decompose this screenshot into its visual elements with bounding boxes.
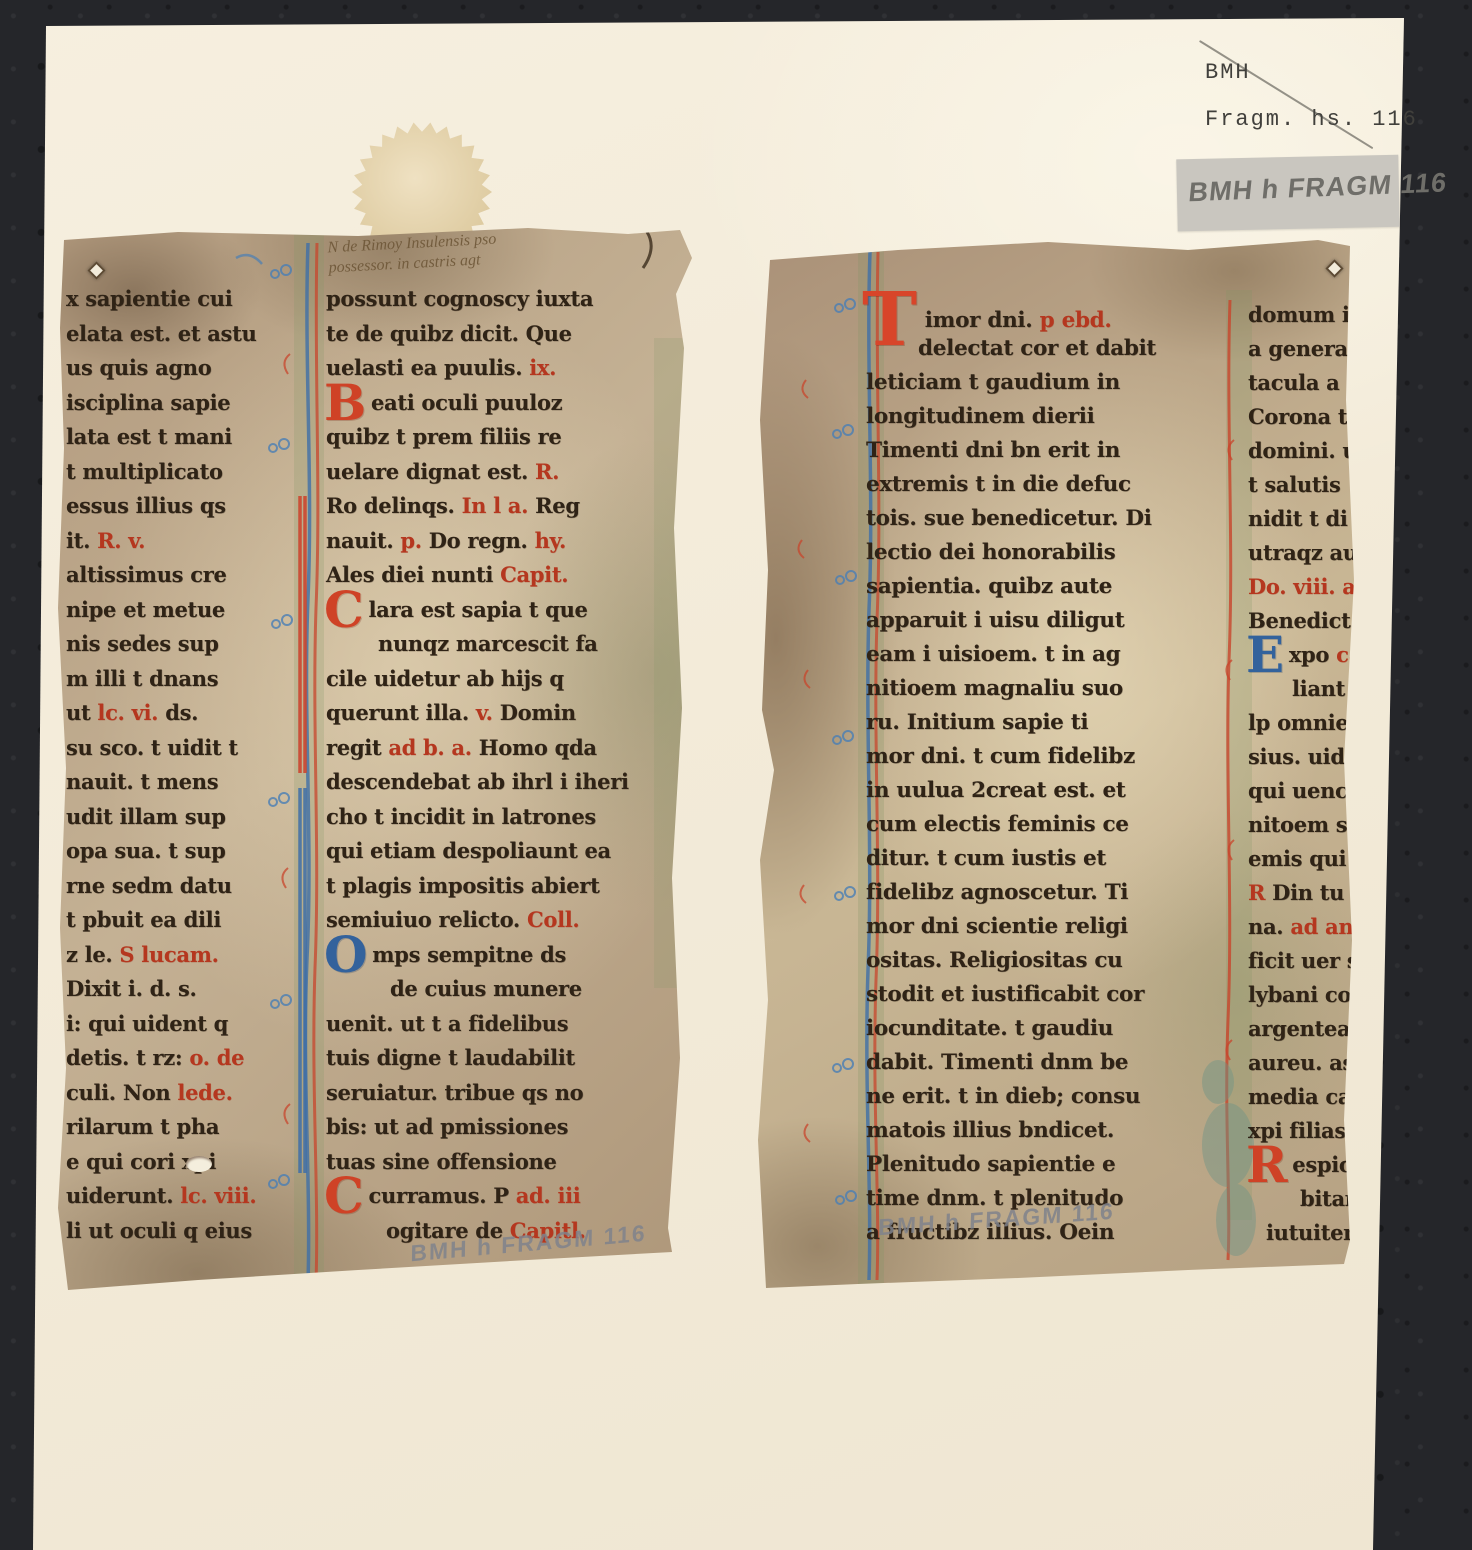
text-segment: regit <box>326 735 388 760</box>
text-segment: de cuius munere <box>390 976 582 1001</box>
text-segment: Ro delinqs. <box>326 493 462 518</box>
text-segment: Coll. <box>527 907 580 932</box>
manuscript-text-line: Dixit i. d. s. <box>66 976 316 1011</box>
text-segment: lp omnie <box>1248 710 1348 735</box>
text-segment: R. <box>535 459 559 484</box>
manuscript-text-line: altissimus cre <box>66 562 316 597</box>
manuscript-text-line: udit illam sup <box>66 804 316 839</box>
text-segment: detis. t rz: <box>66 1045 189 1070</box>
manuscript-text-line: Timor dni. p ebd. <box>866 302 1224 336</box>
marginal-ownership-note: N de Rimoy Insulensis pso possessor. in … <box>327 230 498 279</box>
text-segment: tacula a t <box>1248 370 1356 395</box>
manuscript-fragment-left: N de Rimoy Insulensis pso possessor. in … <box>58 228 692 1294</box>
text-segment: qui etiam despoliaunt ea <box>326 838 611 863</box>
text-segment: lc. vi. <box>97 700 165 725</box>
right-fragment-column-1: Timor dni. p ebd.delectat cor et dabitle… <box>866 302 1224 1254</box>
manuscript-text-line: us quis agno <box>66 355 316 390</box>
manuscript-text-line: stodit et iustificabit cor <box>866 982 1224 1016</box>
manuscript-text-line: tuis digne t laudabilit <box>326 1045 682 1080</box>
manuscript-text-line: descendebat ab ihrl i iheri <box>326 769 682 804</box>
manuscript-text-line: li ut oculi q eius <box>66 1218 316 1253</box>
text-segment: li ut oculi q eius <box>66 1218 252 1243</box>
text-segment: na. <box>1248 914 1290 939</box>
text-segment: nitioem magnaliu suo <box>866 676 1123 701</box>
text-segment: iocunditate. t gaudiu <box>866 1016 1113 1041</box>
text-segment: Reg <box>535 493 580 518</box>
manuscript-text-line: rne sedm datu <box>66 873 316 908</box>
manuscript-text-line: cho t incidit in latrones <box>326 804 682 839</box>
text-segment: nunqz marcescit fa <box>378 631 598 656</box>
manuscript-text-line: Ro delinqs. In l a. Reg <box>326 493 682 528</box>
manuscript-text-line: bis: ut ad pmissiones <box>326 1114 682 1149</box>
text-segment: ix. <box>529 355 556 380</box>
text-segment: rilarum t pha <box>66 1114 219 1139</box>
text-segment: te de quibz dicit. Que <box>326 321 572 346</box>
text-segment: eati oculi puuloz <box>371 390 562 415</box>
text-segment: cile uidetur ab hijs q <box>326 666 564 691</box>
text-segment: Dixit i. d. s. <box>66 976 197 1001</box>
typed-shelfmark-line2: Fragm. hs. 116 <box>1205 107 1425 133</box>
manuscript-text-line: t plagis impositis abiert <box>326 873 682 908</box>
text-segment: uiderunt. <box>66 1183 180 1208</box>
text-segment: Corona t <box>1248 404 1347 429</box>
manuscript-text-line: utraqz au <box>1248 540 1352 574</box>
manuscript-text-line: domini. ue <box>1248 438 1352 472</box>
manuscript-text-line: aureu. asc <box>1248 1050 1352 1084</box>
manuscript-text-line: ne erit. t in dieb; consu <box>866 1084 1224 1118</box>
text-segment: su sco. t uidit t <box>66 735 238 760</box>
text-segment: altissimus cre <box>66 562 227 587</box>
manuscript-text-line: ditur. t cum iustis et <box>866 846 1224 880</box>
gray-label-strip: BMH h FRAGM 116 <box>1176 155 1399 232</box>
text-segment: ne erit. t in dieb; consu <box>866 1084 1140 1109</box>
manuscript-text-line: nauit. t mens <box>66 769 316 804</box>
text-segment: uelare dignat est. <box>326 459 535 484</box>
manuscript-text-line: ficit uer sa <box>1248 948 1352 982</box>
text-segment: curramus. P <box>369 1183 516 1208</box>
manuscript-text-line: extremis t in die defuc <box>866 472 1224 506</box>
manuscript-text-line: lectio dei honorabilis <box>866 540 1224 574</box>
manuscript-text-line: Ccurramus. P ad. iii <box>326 1183 682 1218</box>
manuscript-text-line: nipe et metue <box>66 597 316 632</box>
manuscript-text-line: dabit. Timenti dnm be <box>866 1050 1224 1084</box>
manuscript-text-line: te de quibz dicit. Que <box>326 321 682 356</box>
text-segment: nitoem s <box>1248 812 1347 837</box>
manuscript-text-line: delectat cor et dabit <box>866 336 1224 370</box>
text-segment: i: qui uident q <box>66 1011 228 1036</box>
manuscript-text-line: ut lc. vi. ds. <box>66 700 316 735</box>
text-segment: lectio dei honorabilis <box>866 540 1115 565</box>
text-segment: nauit. t mens <box>66 769 218 794</box>
manuscript-text-line: nitioem magnaliu suo <box>866 676 1224 710</box>
text-segment: opa sua. t sup <box>66 838 226 863</box>
left-fragment-column-1: x sapientie cuielata est. et astuus quis… <box>66 286 316 1252</box>
manuscript-text-line: nidit t di <box>1248 506 1352 540</box>
manuscript-text-line: regit ad b. a. Homo qda <box>326 735 682 770</box>
typed-shelfmark-label: BMH Fragm. hs. 116 <box>1205 60 1425 133</box>
text-segment: uenit. ut t a fidelibus <box>326 1011 568 1036</box>
manuscript-text-line: cum electis feminis ce <box>866 812 1224 846</box>
manuscript-text-line: a generati <box>1248 336 1352 370</box>
manuscript-text-line: semiuiuo relicto. Coll. <box>326 907 682 942</box>
manuscript-text-line: cile uidetur ab hijs q <box>326 666 682 701</box>
text-segment: descendebat ab ihrl i iheri <box>326 769 629 794</box>
pin-hole <box>87 261 105 279</box>
text-segment: apparuit i uisu diligut <box>866 608 1124 633</box>
manuscript-text-line: lybani col <box>1248 982 1352 1016</box>
text-segment: mps sempitne ds <box>372 942 566 967</box>
manuscript-text-line: isciplina sapie <box>66 390 316 425</box>
text-segment: t pbuit ea dili <box>66 907 221 932</box>
manuscript-text-line: Clara est sapia t que <box>326 597 682 632</box>
manuscript-text-line: in uulua 2creat est. et <box>866 778 1224 812</box>
text-segment: essus illius qs <box>66 493 226 518</box>
manuscript-text-line: x sapientie cui <box>66 286 316 321</box>
text-segment: querunt illa. <box>326 700 476 725</box>
text-segment: t multiplicato <box>66 459 223 484</box>
manuscript-text-line: uenit. ut t a fidelibus <box>326 1011 682 1046</box>
manuscript-text-line: seruiatur. tribue qs no <box>326 1080 682 1115</box>
manuscript-text-line: longitudinem dierii <box>866 404 1224 438</box>
manuscript-text-line: essus illius qs <box>66 493 316 528</box>
manuscript-text-line: it. R. v. <box>66 528 316 563</box>
text-segment: udit illam sup <box>66 804 226 829</box>
manuscript-text-line: uelare dignat est. R. <box>326 459 682 494</box>
manuscript-text-line: tacula a t <box>1248 370 1352 404</box>
manuscript-text-line: media cari <box>1248 1084 1352 1118</box>
text-segment: sius. uid <box>1248 744 1345 769</box>
text-segment: sapientia. quibz aute <box>866 574 1112 599</box>
manuscript-text-line: lata est t mani <box>66 424 316 459</box>
text-segment: cho t incidit in latrones <box>326 804 596 829</box>
manuscript-text-line: ru. Initium sapie ti <box>866 710 1224 744</box>
manuscript-text-line: culi. Non lede. <box>66 1080 316 1115</box>
manuscript-text-line: m illi t dnans <box>66 666 316 701</box>
text-segment: ru. Initium sapie ti <box>866 710 1088 735</box>
manuscript-text-line: i: qui uident q <box>66 1011 316 1046</box>
manuscript-text-line: uelasti ea puulis. ix. <box>326 355 682 390</box>
manuscript-text-line: matois illius bndicet. <box>866 1118 1224 1152</box>
text-segment: t plagis impositis abiert <box>326 873 599 898</box>
text-segment: tois. sue benedicetur. Di <box>866 506 1152 531</box>
manuscript-text-line: t pbuit ea dili <box>66 907 316 942</box>
manuscript-fragment-right: Timor dni. p ebd.delectat cor et dabitle… <box>758 240 1354 1288</box>
text-segment: Homo qda <box>479 735 597 760</box>
manuscript-text-line: opa sua. t sup <box>66 838 316 873</box>
text-segment: argentea <box>1248 1016 1350 1041</box>
text-segment: lata est t mani <box>66 424 232 449</box>
text-segment: Do. viii. a <box>1248 574 1356 599</box>
text-segment: leticiam t gaudium in <box>866 370 1120 395</box>
text-segment: lede. <box>177 1080 232 1105</box>
text-segment: eam i uisioem. t in ag <box>866 642 1120 667</box>
left-fragment-column-2: possunt cognoscy iuxtate de quibz dicit.… <box>326 286 682 1252</box>
manuscript-text-line: lp omnie <box>1248 710 1352 744</box>
text-segment: emis qui <box>1248 846 1346 871</box>
text-segment: nidit t di <box>1248 506 1348 531</box>
text-segment: elata est. et astu <box>66 321 256 346</box>
manuscript-text-line: de cuius munere <box>326 976 682 1011</box>
manuscript-text-line: leticiam t gaudium in <box>866 370 1224 404</box>
text-segment: v. <box>476 700 500 725</box>
text-segment: possunt cognoscy iuxta <box>326 286 593 311</box>
manuscript-text-line: Beati oculi puuloz <box>326 390 682 425</box>
text-segment: S lucam. <box>119 942 218 967</box>
text-segment: bitar <box>1300 1186 1356 1211</box>
manuscript-text-line: t salutis <box>1248 472 1352 506</box>
text-segment: z le. <box>66 942 119 967</box>
text-segment: xpo <box>1289 642 1336 667</box>
text-segment: ad an <box>1290 914 1353 939</box>
text-segment: ositas. Religiositas cu <box>866 948 1123 973</box>
manuscript-text-line: qui etiam despoliaunt ea <box>326 838 682 873</box>
text-segment: Din tu <box>1272 880 1344 905</box>
text-segment: Plenitudo sapientie e <box>866 1152 1115 1177</box>
text-segment: longitudinem dierii <box>866 404 1095 429</box>
text-segment: hy. <box>535 528 566 553</box>
manuscript-text-line: t multiplicato <box>66 459 316 494</box>
manuscript-text-line: Ales diei nunti Capit. <box>326 562 682 597</box>
manuscript-text-line: domum i <box>1248 302 1352 336</box>
manuscript-text-line: argentea <box>1248 1016 1352 1050</box>
text-segment: R. v. <box>97 528 145 553</box>
manuscript-text-line: Omps sempitne ds <box>326 942 682 977</box>
manuscript-text-line: iutuitem <box>1248 1220 1352 1254</box>
manuscript-text-line: qui uenc <box>1248 778 1352 812</box>
text-segment: us quis agno <box>66 355 211 380</box>
text-segment: dabit. Timenti dnm be <box>866 1050 1128 1075</box>
parchment-hole <box>186 1156 212 1172</box>
manuscript-text-line: sapientia. quibz aute <box>866 574 1224 608</box>
handwritten-shelfmark: BMH h FRAGM 116 <box>1187 167 1449 208</box>
manuscript-text-line: tois. sue benedicetur. Di <box>866 506 1224 540</box>
manuscript-text-line: ositas. Religiositas cu <box>866 948 1224 982</box>
manuscript-text-line: emis qui <box>1248 846 1352 880</box>
text-segment: seruiatur. tribue qs no <box>326 1080 583 1105</box>
manuscript-text-line: Timenti dni bn erit in <box>866 438 1224 472</box>
text-segment: p ebd. <box>1040 308 1112 333</box>
pin-hole <box>1325 259 1343 277</box>
text-segment: ad. iii <box>516 1183 581 1208</box>
text-segment: nis sedes sup <box>66 631 219 656</box>
manuscript-text-line: na. ad an <box>1248 914 1352 948</box>
photo-background: BMH Fragm. hs. 116 BMH h FRAGM 116 <box>0 0 1472 1550</box>
typed-shelfmark-line1: BMH <box>1205 60 1425 86</box>
manuscript-text-line: fidelibz agnoscetur. Ti <box>866 880 1224 914</box>
text-segment: Timenti dni bn erit in <box>866 438 1120 463</box>
text-segment: ds. <box>165 700 198 725</box>
manuscript-text-line: iocunditate. t gaudiu <box>866 1016 1224 1050</box>
manuscript-text-line: mor dni scientie religi <box>866 914 1224 948</box>
manuscript-text-line: Do. viii. a <box>1248 574 1352 608</box>
manuscript-text-line: uiderunt. lc. viii. <box>66 1183 316 1218</box>
text-segment: liant <box>1292 676 1345 701</box>
text-segment: qui uenc <box>1248 778 1348 803</box>
text-segment: isciplina sapie <box>66 390 230 415</box>
text-segment: domum i <box>1248 302 1350 327</box>
manuscript-text-line: nitoem s <box>1248 812 1352 846</box>
manuscript-text-line: quibz t prem filiis re <box>326 424 682 459</box>
text-segment: nipe et metue <box>66 597 225 622</box>
manuscript-text-line: Expo ca <box>1248 642 1352 676</box>
text-segment: ut <box>66 700 97 725</box>
manuscript-text-line: apparuit i uisu diligut <box>866 608 1224 642</box>
text-segment: imor dni. <box>925 308 1040 333</box>
text-segment: tuis digne t laudabilit <box>326 1045 575 1070</box>
text-segment: nauit. <box>326 528 400 553</box>
right-fragment-column-2: domum ia generatitacula a tCorona tdomin… <box>1248 302 1352 1254</box>
manuscript-text-line: R Din tu <box>1248 880 1352 914</box>
text-segment: fidelibz agnoscetur. Ti <box>866 880 1128 905</box>
text-segment: p. <box>400 528 428 553</box>
manuscript-text-line: elata est. et astu <box>66 321 316 356</box>
text-segment: o. de <box>189 1045 244 1070</box>
manuscript-text-line: sius. uid <box>1248 744 1352 778</box>
text-segment: lara est sapia t que <box>369 597 588 622</box>
manuscript-text-line: nis sedes sup <box>66 631 316 666</box>
text-segment: x sapientie cui <box>66 286 232 311</box>
text-segment: m illi t dnans <box>66 666 218 691</box>
text-segment: matois illius bndicet. <box>866 1118 1114 1143</box>
manuscript-text-line: Respice <box>1248 1152 1352 1186</box>
manuscript-text-line: su sco. t uidit t <box>66 735 316 770</box>
text-segment: culi. Non <box>66 1080 177 1105</box>
text-segment: stodit et iustificabit cor <box>866 982 1144 1007</box>
text-segment: it. <box>66 528 97 553</box>
manuscript-text-line: possunt cognoscy iuxta <box>326 286 682 321</box>
text-segment: cum electis feminis ce <box>866 812 1129 837</box>
manuscript-text-line: z le. S lucam. <box>66 942 316 977</box>
text-segment: mor dni. t cum fidelibz <box>866 744 1135 769</box>
text-segment: utraqz au <box>1248 540 1358 565</box>
manuscript-text-line: Plenitudo sapientie e <box>866 1152 1224 1186</box>
manuscript-text-line: eam i uisioem. t in ag <box>866 642 1224 676</box>
text-segment: extremis t in die defuc <box>866 472 1131 497</box>
text-segment: lybani col <box>1248 982 1359 1007</box>
manuscript-text-line: tuas sine offensione <box>326 1149 682 1184</box>
text-segment: Domin <box>500 700 576 725</box>
text-segment: rne sedm datu <box>66 873 232 898</box>
manuscript-text-line: nunqz marcescit fa <box>326 631 682 666</box>
text-segment: Do regn. <box>429 528 535 553</box>
text-segment: ditur. t cum iustis et <box>866 846 1106 871</box>
manuscript-text-line: querunt illa. v. Domin <box>326 700 682 735</box>
manuscript-text-line: rilarum t pha <box>66 1114 316 1149</box>
text-segment: in uulua 2creat est. et <box>866 778 1126 803</box>
text-segment: mor dni scientie religi <box>866 914 1128 939</box>
text-segment: ad b. a. <box>388 735 478 760</box>
text-segment: t salutis <box>1248 472 1341 497</box>
manuscript-text-line: mor dni. t cum fidelibz <box>866 744 1224 778</box>
text-segment: bis: ut ad pmissiones <box>326 1114 568 1139</box>
text-segment: delectat cor et dabit <box>918 336 1156 361</box>
text-segment: In l a. <box>462 493 536 518</box>
text-segment: Capit. <box>500 562 568 587</box>
manuscript-text-line: Corona t <box>1248 404 1352 438</box>
text-segment: R <box>1248 880 1272 905</box>
text-segment: lc. viii. <box>180 1183 256 1208</box>
manuscript-text-line: nauit. p. Do regn. hy. <box>326 528 682 563</box>
manuscript-text-line: detis. t rz: o. de <box>66 1045 316 1080</box>
